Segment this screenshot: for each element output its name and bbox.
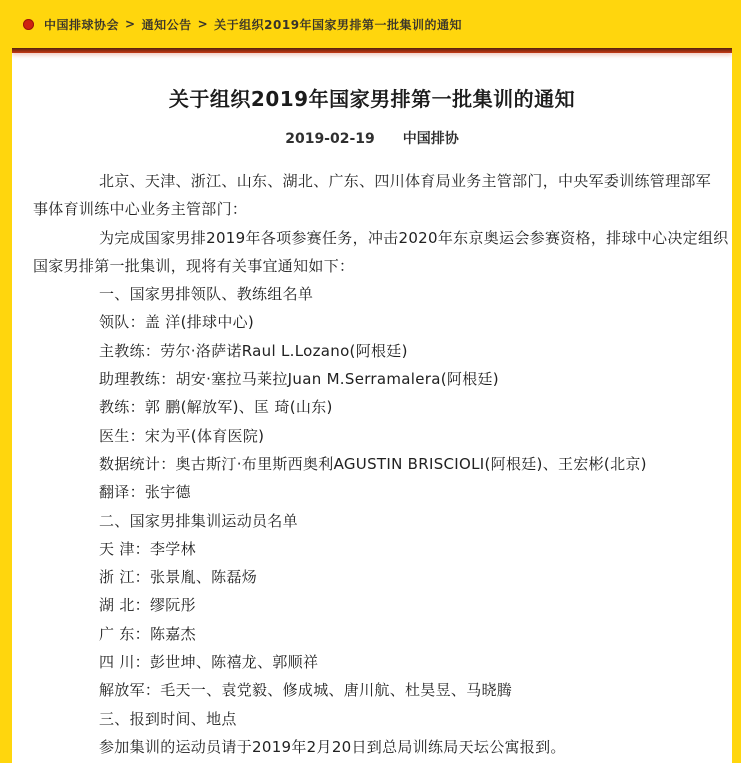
body-line: 四 川：彭世坤、陈禧龙、郭顺祥	[33, 648, 710, 676]
body-line: 广 东：陈嘉杰	[33, 620, 710, 648]
body-line: 参加集训的运动员请于2019年2月20日到总局训练局天坛公寓报到。	[33, 733, 710, 761]
article-sheet: 关于组织2019年国家男排第一批集训的通知 2019-02-19中国排协 北京、…	[12, 48, 732, 763]
breadcrumb: 中国排球协会>通知公告>关于组织2019年国家男排第一批集训的通知	[44, 16, 462, 33]
body-line: 为完成国家男排2019年各项参赛任务，冲击2020年东京奥运会参赛资格，排球中心…	[33, 224, 710, 252]
body-line: 三、报到时间、地点	[33, 705, 710, 733]
body-line: 湖 北：缪阮彤	[33, 591, 710, 619]
top-rule-divider	[12, 48, 732, 53]
breadcrumb-item[interactable]: 通知公告	[142, 16, 192, 33]
article-body: 北京、天津、浙江、山东、湖北、广东、四川体育局业务主管部门，中央军委训练管理部军…	[33, 167, 710, 761]
body-line: 天 津：李学林	[33, 535, 710, 563]
breadcrumb-separator: >	[125, 17, 136, 31]
body-line: 主教练：劳尔·洛萨诺Raul L.Lozano(阿根廷)	[33, 337, 710, 365]
red-dot-icon	[23, 19, 34, 30]
body-line: 一、国家男排领队、教练组名单	[33, 280, 710, 308]
body-line: 翻译：张宇德	[33, 478, 710, 506]
breadcrumb-item: 关于组织2019年国家男排第一批集训的通知	[214, 16, 462, 33]
body-line: 医生：宋为平(体育医院)	[33, 422, 710, 450]
body-line: 浙 江：张景胤、陈磊炀	[33, 563, 710, 591]
breadcrumb-item[interactable]: 中国排球协会	[44, 16, 119, 33]
page-title: 关于组织2019年国家男排第一批集训的通知	[12, 83, 732, 112]
breadcrumb-separator: >	[198, 17, 209, 31]
body-line: 解放军：毛天一、袁党毅、修成城、唐川航、杜昊昱、马晓腾	[33, 676, 710, 704]
body-line: 助理教练：胡安·塞拉马莱拉Juan M.Serramalera(阿根廷)	[33, 365, 710, 393]
body-line: 国家男排第一批集训，现将有关事宜通知如下：	[33, 252, 710, 280]
body-line: 北京、天津、浙江、山东、湖北、广东、四川体育局业务主管部门，中央军委训练管理部军	[33, 167, 710, 195]
body-line: 教练：郭 鹏(解放军)、匡 琦(山东)	[33, 393, 710, 421]
body-line: 事体育训练中心业务主管部门：	[33, 195, 710, 223]
article-source: 中国排协	[403, 131, 459, 147]
article-date: 2019-02-19	[285, 131, 375, 147]
body-line: 领队：盖 洋(排球中心)	[33, 308, 710, 336]
article-meta: 2019-02-19中国排协	[12, 128, 732, 148]
body-line: 数据统计：奥古斯汀·布里斯西奥利AGUSTIN BRISCIOLI(阿根廷)、王…	[33, 450, 710, 478]
body-line: 二、国家男排集训运动员名单	[33, 507, 710, 535]
breadcrumb-bar: 中国排球协会>通知公告>关于组织2019年国家男排第一批集训的通知	[0, 0, 741, 48]
